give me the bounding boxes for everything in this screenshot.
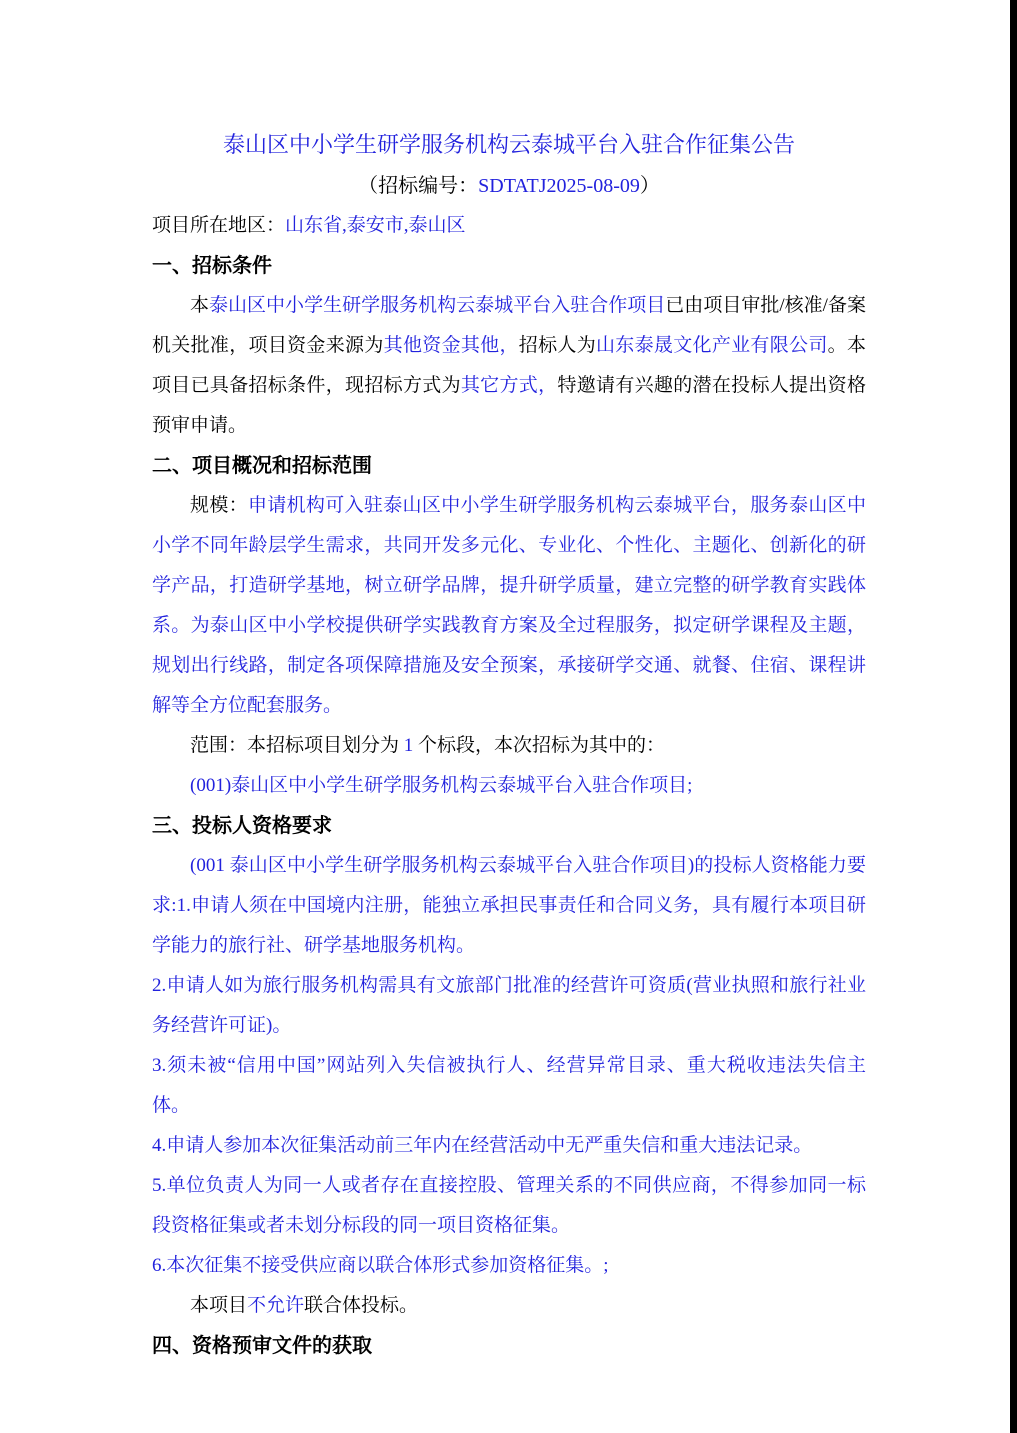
document-title: 泰山区中小学生研学服务机构云泰城平台入驻合作征集公告 bbox=[152, 124, 866, 166]
text-segment: 本项目 bbox=[190, 1295, 247, 1316]
document-body: 一、招标条件本泰山区中小学生研学服务机构云泰城平台入驻合作项目已由项目审批/核准… bbox=[152, 246, 866, 1366]
paragraph: 5.单位负责人为同一人或者存在直接控股、管理关系的不同供应商，不得参加同一标段资… bbox=[152, 1166, 866, 1246]
text-segment: 2.申请人如为旅行服务机构需具有文旅部门批准的经营许可资质(营业执照和旅行社业务… bbox=[152, 975, 866, 1036]
paragraph: 本泰山区中小学生研学服务机构云泰城平台入驻合作项目已由项目审批/核准/备案机关批… bbox=[152, 286, 866, 446]
paragraph: 范围：本招标项目划分为 1 个标段，本次招标为其中的： bbox=[152, 726, 866, 766]
section-heading: 一、招标条件 bbox=[152, 246, 866, 286]
text-segment: 范围：本招标项目划分为 bbox=[190, 735, 404, 756]
paragraph: 6.本次征集不接受供应商以联合体形式参加资格征集。; bbox=[152, 1246, 866, 1286]
text-segment: 规模： bbox=[190, 495, 248, 516]
text-segment: 山东泰晟文化产业有限公司 bbox=[596, 335, 828, 356]
paragraph: (001 泰山区中小学生研学服务机构云泰城平台入驻合作项目)的投标人资格能力要求… bbox=[152, 846, 866, 966]
text-segment: 其他资金其他， bbox=[384, 335, 519, 356]
tender-number-prefix: （招标编号： bbox=[358, 175, 478, 197]
paragraph: 2.申请人如为旅行服务机构需具有文旅部门批准的经营许可资质(营业执照和旅行社业务… bbox=[152, 966, 866, 1046]
paragraph: 规模：申请机构可入驻泰山区中小学生研学服务机构云泰城平台，服务泰山区中小学不同年… bbox=[152, 486, 866, 726]
section-heading: 三、投标人资格要求 bbox=[152, 806, 866, 846]
paragraph: 4.申请人参加本次征集活动前三年内在经营活动中无严重失信和重大违法记录。 bbox=[152, 1126, 866, 1166]
text-segment: (001)泰山区中小学生研学服务机构云泰城平台入驻合作项目; bbox=[190, 775, 692, 796]
section-heading: 四、资格预审文件的获取 bbox=[152, 1326, 866, 1366]
page-right-edge bbox=[1010, 0, 1017, 1433]
text-segment: 其它方式， bbox=[461, 375, 558, 396]
tender-number-line: （招标编号：SDTATJ2025-08-09） bbox=[152, 166, 866, 206]
text-segment: 申请机构可入驻泰山区中小学生研学服务机构云泰城平台，服务泰山区中小学不同年龄层学… bbox=[152, 495, 866, 716]
text-segment: 5.单位负责人为同一人或者存在直接控股、管理关系的不同供应商，不得参加同一标段资… bbox=[152, 1175, 866, 1236]
project-location-value: 山东省,泰安市,泰山区 bbox=[285, 215, 466, 236]
tender-number-value: SDTATJ2025-08-09 bbox=[478, 175, 640, 197]
document-page: 泰山区中小学生研学服务机构云泰城平台入驻合作征集公告 （招标编号：SDTATJ2… bbox=[0, 0, 1017, 1433]
document-content: 泰山区中小学生研学服务机构云泰城平台入驻合作征集公告 （招标编号：SDTATJ2… bbox=[152, 0, 866, 1366]
paragraph: 本项目不允许联合体投标。 bbox=[152, 1286, 866, 1326]
paragraph: 3.须未被“信用中国”网站列入失信被执行人、经营异常目录、重大税收违法失信主体。 bbox=[152, 1046, 866, 1126]
section-heading: 二、项目概况和招标范围 bbox=[152, 446, 866, 486]
text-segment: 不允许 bbox=[247, 1295, 304, 1316]
text-segment: 联合体投标。 bbox=[304, 1295, 418, 1316]
project-location-label: 项目所在地区： bbox=[152, 215, 285, 236]
text-segment: 招标人为 bbox=[519, 335, 596, 356]
text-segment: 泰山区中小学生研学服务机构云泰城平台入驻合作项目 bbox=[209, 295, 665, 316]
text-segment: 3.须未被“信用中国”网站列入失信被执行人、经营异常目录、重大税收违法失信主体。 bbox=[152, 1055, 866, 1116]
paragraph: (001)泰山区中小学生研学服务机构云泰城平台入驻合作项目; bbox=[152, 766, 866, 806]
project-location-line: 项目所在地区：山东省,泰安市,泰山区 bbox=[152, 206, 866, 246]
text-segment: (001 泰山区中小学生研学服务机构云泰城平台入驻合作项目)的投标人资格能力要求… bbox=[152, 855, 866, 956]
text-segment: 6.本次征集不接受供应商以联合体形式参加资格征集。; bbox=[152, 1255, 609, 1276]
tender-number-suffix: ） bbox=[640, 175, 660, 197]
text-segment: 1 bbox=[404, 735, 414, 756]
text-segment: 4.申请人参加本次征集活动前三年内在经营活动中无严重失信和重大违法记录。 bbox=[152, 1135, 812, 1156]
text-segment: 个标段，本次招标为其中的： bbox=[413, 735, 665, 756]
text-segment: 本 bbox=[190, 295, 209, 316]
